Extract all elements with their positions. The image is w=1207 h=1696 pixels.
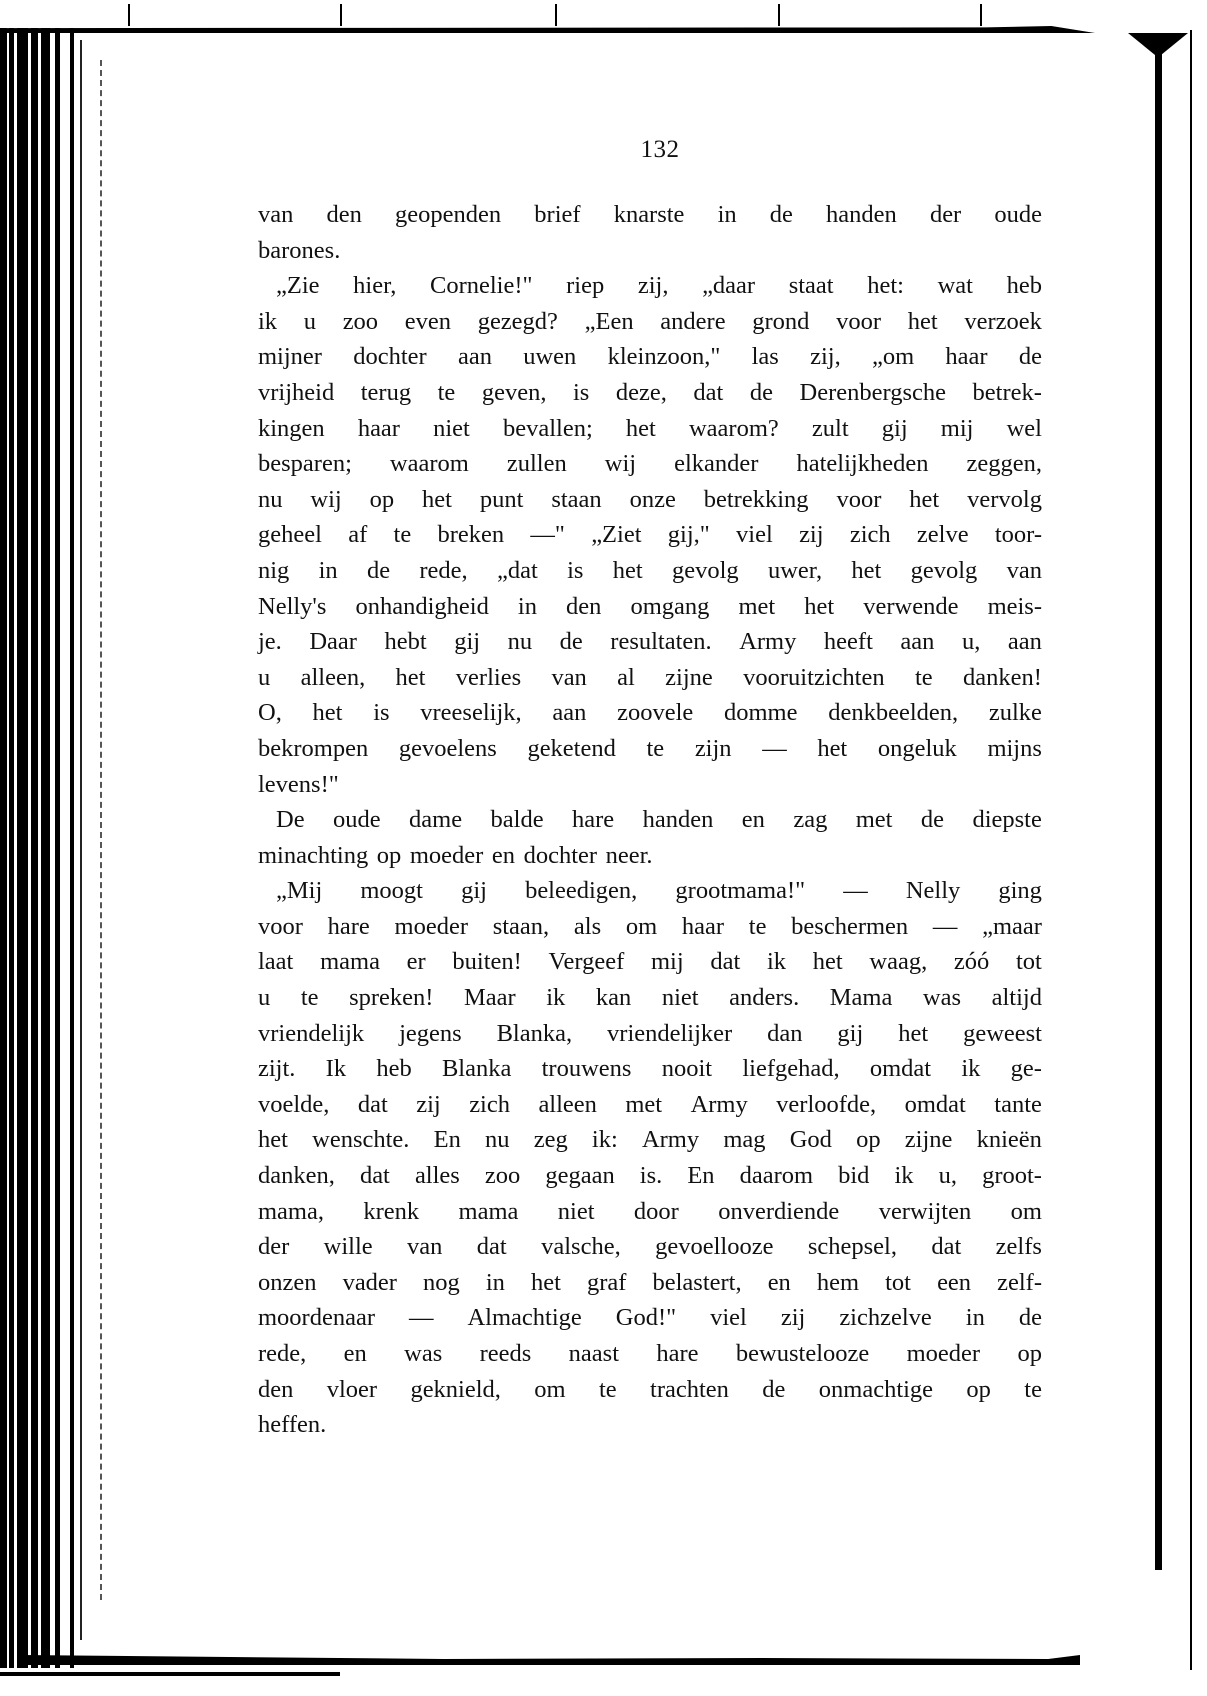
text-line: utespreken!Maarikkannietanders.Mamawasal… <box>258 980 1042 1016</box>
text-line: Nelly'sonhandigheidindenomgangmethetverw… <box>258 589 1042 625</box>
page-number: 132 <box>0 136 1207 164</box>
text-line: je.Daarhebtgijnuderesultaten.Armyheeftaa… <box>258 624 1042 660</box>
text-line: rede,enwasreedsnaastharebewusteloozemoed… <box>258 1336 1042 1372</box>
text-line: O,hetisvreeselijk,aanzooveledommedenkbee… <box>258 695 1042 731</box>
text-line: voorharemoederstaan,alsomhaartebescherme… <box>258 909 1042 945</box>
text-line: kingenhaarnietbevallen;hetwaarom?zultgij… <box>258 411 1042 447</box>
text-line: levens!" <box>258 767 1042 803</box>
bottom-page-edge-2 <box>0 1672 340 1676</box>
body-text: vandengeopendenbriefknarsteindehandender… <box>258 197 1042 1443</box>
text-line: ikuzooevengezegd?„Eenanderegrondvoorhetv… <box>258 304 1042 340</box>
text-line: heffen. <box>258 1407 1042 1443</box>
text-line: hetwenschte.Ennuzegik:ArmymagGodopzijnek… <box>258 1122 1042 1158</box>
text-line: onzenvadernoginhetgrafbelastert,enhemtot… <box>258 1265 1042 1301</box>
text-line: minachtingopmoederendochterneer. <box>258 838 1042 874</box>
text-line: vandengeopendenbriefknarsteindehandender… <box>258 197 1042 233</box>
text-line: vriendelijkjegensBlanka,vriendelijkerdan… <box>258 1016 1042 1052</box>
top-page-edge <box>5 26 1095 33</box>
text-line: besparen;waaromzullenwijelkanderhatelijk… <box>258 446 1042 482</box>
book-binding <box>0 28 82 1668</box>
text-line: derwillevandatvalsche,gevoelloozeschepse… <box>258 1229 1042 1265</box>
text-line: Deoudedamebaldeharehandenenzagmetdedieps… <box>258 802 1042 838</box>
text-line: ualleen,hetverliesvanalzijnevooruitzicht… <box>258 660 1042 696</box>
text-line: denvloergeknield,omtetrachtendeonmachtig… <box>258 1372 1042 1408</box>
text-line: barones. <box>258 233 1042 269</box>
binding-edge <box>80 40 82 1640</box>
text-line: vrijheidterugtegeven,isdeze,datdeDerenbe… <box>258 375 1042 411</box>
text-line: nuwijophetpuntstaanonzebetrekkingvoorhet… <box>258 482 1042 518</box>
text-line: moordenaar—AlmachtigeGod!"vielzijzichzel… <box>258 1300 1042 1336</box>
text-line: voelde,datzijzichalleenmetArmyverloofde,… <box>258 1087 1042 1123</box>
bottom-page-edge <box>20 1655 1080 1665</box>
text-line: mijnerdochteraanuwenkleinzoon,"laszij,„o… <box>258 339 1042 375</box>
text-line: danken,datalleszoogegaanis.Endaarombidik… <box>258 1158 1042 1194</box>
right-page-edge <box>1155 50 1162 1570</box>
text-line: geheelaftebreken—"„Zietgij,"vielzijzichz… <box>258 517 1042 553</box>
text-line: laatmamaerbuiten!Vergeefmijdatikhetwaag,… <box>258 944 1042 980</box>
text-line: mama,krenkmamanietdooronverdiendeverwijt… <box>258 1194 1042 1230</box>
right-scan-border <box>1190 30 1192 1670</box>
text-line: „Ziehier,Cornelie!"riepzij,„daarstaathet… <box>258 268 1042 304</box>
text-line: „Mijmoogtgijbeleedigen,grootmama!"—Nelly… <box>258 873 1042 909</box>
binding-shadow-marks <box>100 60 102 1600</box>
text-line: niginderede,„datishetgevolguwer,hetgevol… <box>258 553 1042 589</box>
text-line: bekrompengevoelensgeketendtezijn—hetonge… <box>258 731 1042 767</box>
text-line: zijt.IkhebBlankatrouwensnooitliefgehad,o… <box>258 1051 1042 1087</box>
